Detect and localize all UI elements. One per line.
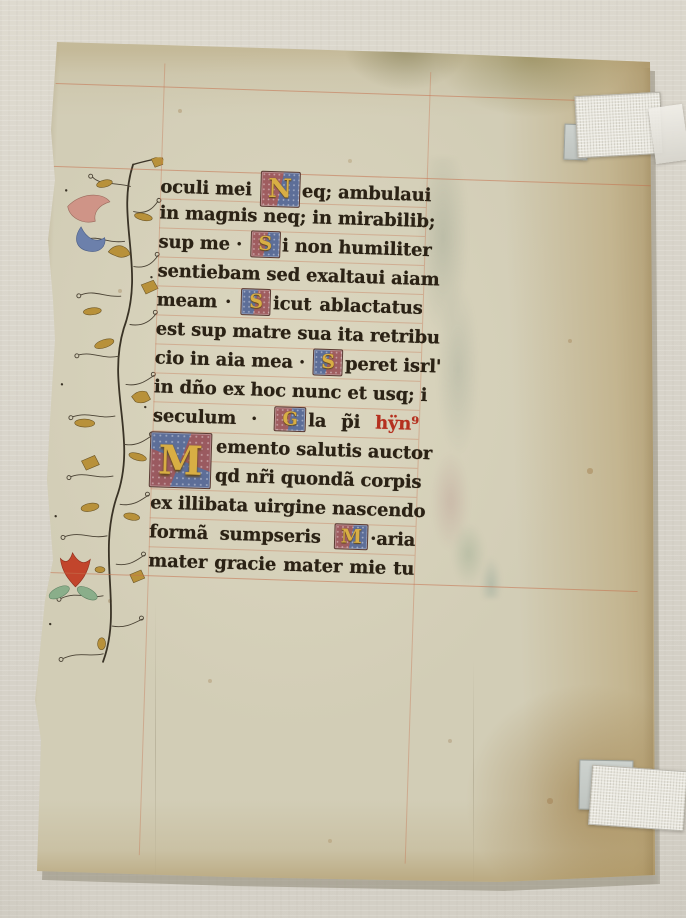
foxing-spots bbox=[29, 40, 31, 42]
line-text: mater gracie mater mie tu bbox=[148, 550, 415, 580]
line-text: sup me · bbox=[158, 231, 248, 255]
leaf-content: oculi mei Neq; ambulauiin magnis neq; in… bbox=[30, 42, 654, 889]
line-text: cio in aia mea · bbox=[155, 347, 312, 373]
illuminated-initial: S bbox=[250, 230, 281, 258]
tape-bottom-right bbox=[588, 765, 686, 832]
illuminated-initial: S bbox=[313, 348, 344, 376]
border-vine-icon bbox=[39, 154, 163, 669]
line-text: icut ablactatus bbox=[273, 293, 423, 319]
rubric-text: hÿn⁹ bbox=[375, 412, 419, 434]
line-text: oculi mei bbox=[160, 176, 258, 200]
line-text: meam · bbox=[156, 289, 239, 313]
line-text: qd nr̃i quondã corpis bbox=[215, 465, 422, 493]
line-text: formã sumpseris bbox=[149, 521, 333, 548]
tape-top-right-wall-strip bbox=[648, 104, 686, 164]
illuminated-initial-large: M bbox=[149, 431, 213, 489]
acanthus-curls bbox=[66, 194, 110, 252]
line-text: ·aria bbox=[370, 528, 416, 550]
line-text: emento salutis auctor bbox=[216, 436, 433, 464]
line-text: peret isrl' bbox=[345, 353, 442, 377]
photo-of-manuscript-leaf: oculi mei Neq; ambulauiin magnis neq; in… bbox=[0, 0, 686, 918]
illuminated-initial: S bbox=[241, 288, 272, 316]
ruling-line bbox=[56, 83, 654, 103]
illuminated-initial: G bbox=[274, 406, 307, 432]
line-text: i non humiliter bbox=[282, 235, 432, 261]
illuminated-initial: M bbox=[334, 523, 369, 550]
line-text: eq; ambulaui bbox=[302, 181, 432, 206]
line-text: la p̃i bbox=[308, 410, 376, 433]
vellum-leaf: oculi mei Neq; ambulauiin magnis neq; in… bbox=[29, 40, 657, 893]
line-text: seculum · bbox=[153, 405, 273, 430]
